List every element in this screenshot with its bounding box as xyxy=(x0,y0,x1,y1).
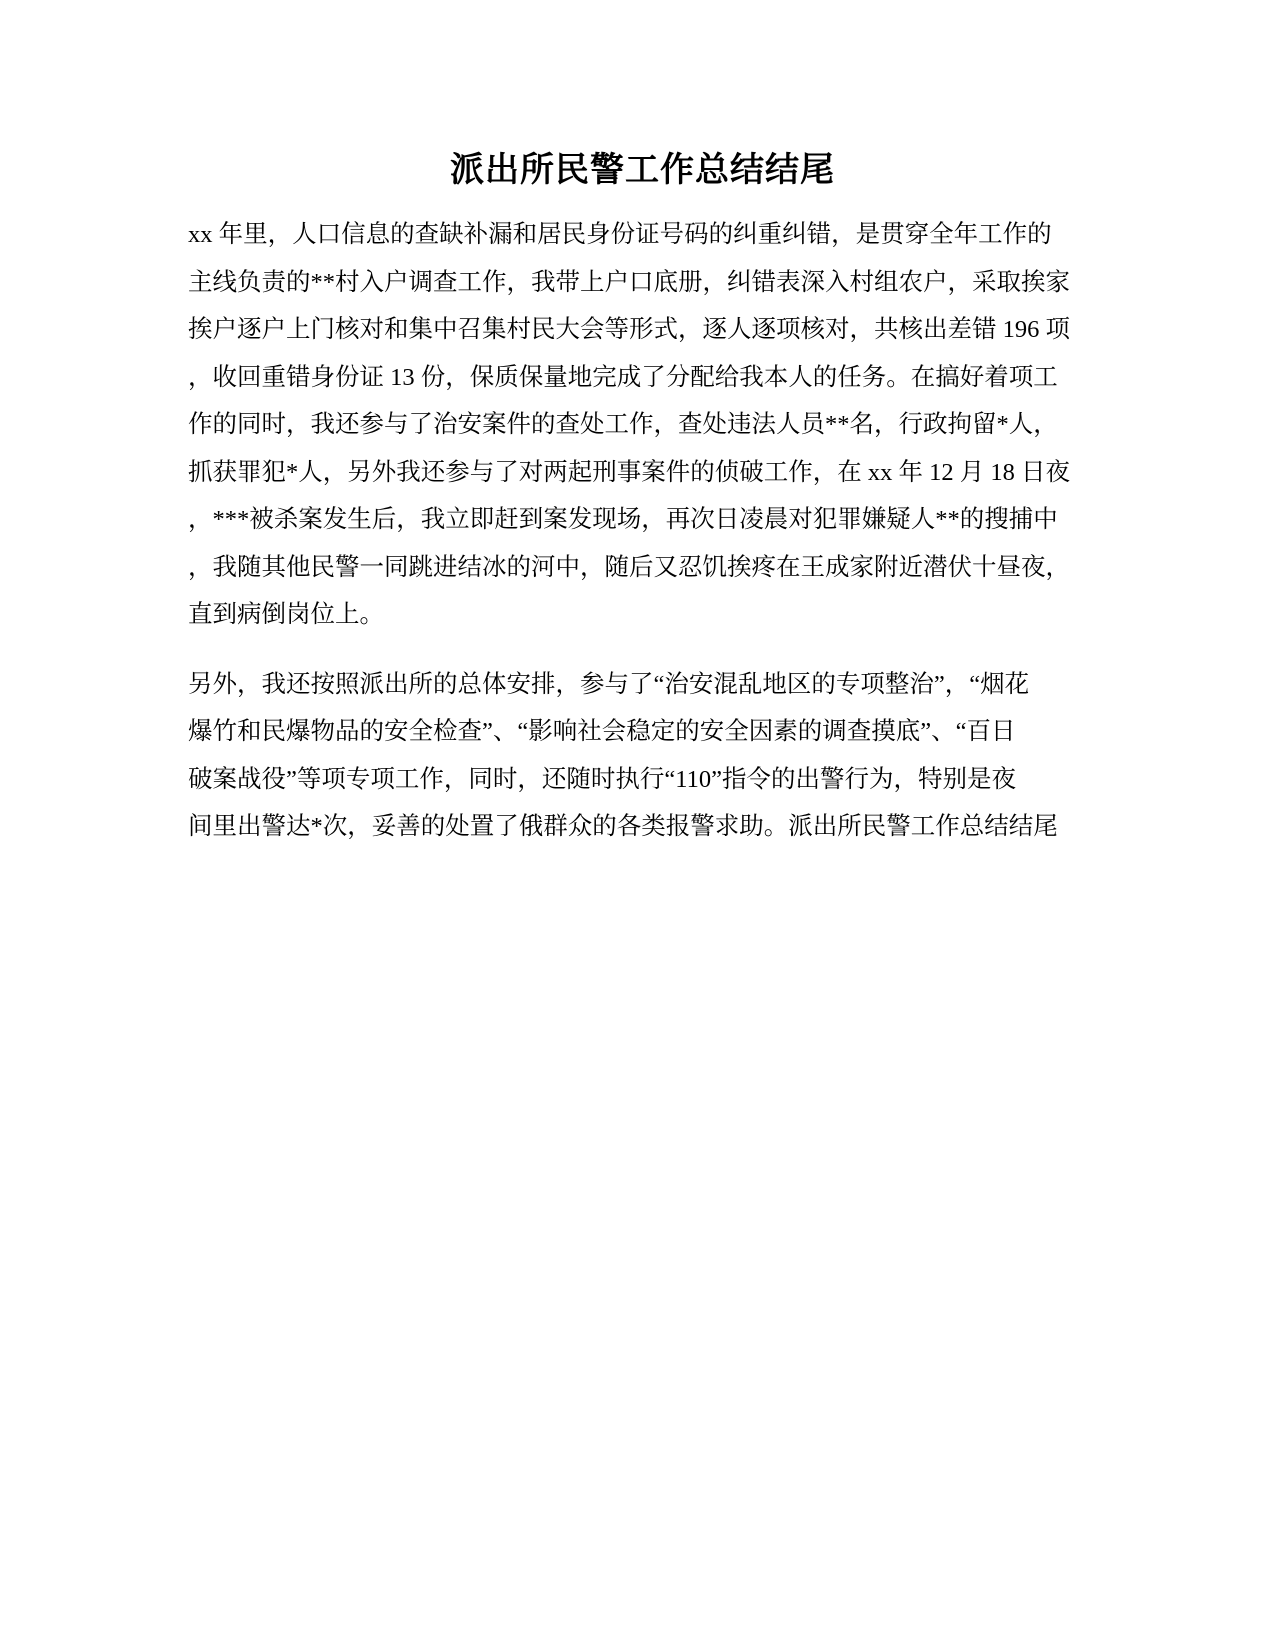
paragraph-1: xx 年里，人口信息的查缺补漏和居民身份证号码的纠重纠错，是贯穿全年工作的 主线… xyxy=(188,211,1115,639)
paragraph-2: 另外，我还按照派出所的总体安排，参与了“治安混乱地区的专项整治”，“烟花 爆竹和… xyxy=(188,661,1115,851)
text-line: 破案战役”等项专项工作，同时，还随时执行“110”指令的出警行为，特别是夜 xyxy=(188,756,1115,804)
text-line: 挨户逐户上门核对和集中召集村民大会等形式，逐人逐项核对，共核出差错 196 项 xyxy=(188,306,1115,354)
text-line: 主线负责的**村入户调查工作，我带上户口底册，纠错表深入村组农户，采取挨家 xyxy=(188,259,1115,307)
text-line: 作的同时，我还参与了治安案件的查处工作，查处违法人员**名，行政拘留*人， xyxy=(188,401,1115,449)
text-line: ，收回重错身份证 13 份，保质保量地完成了分配给我本人的任务。在搞好着项工 xyxy=(188,354,1115,402)
text-line: ，我随其他民警一同跳进结冰的河中，随后又忍饥挨疼在王成家附近潜伏十昼夜， xyxy=(188,544,1115,592)
text-line: 直到病倒岗位上。 xyxy=(188,591,1115,639)
document-title: 派出所民警工作总结结尾 xyxy=(188,148,1097,194)
document-page: 派出所民警工作总结结尾 xx 年里，人口信息的查缺补漏和居民身份证号码的纠重纠错… xyxy=(0,0,1275,1650)
text-line: ，***被杀案发生后，我立即赶到案发现场，再次日凌晨对犯罪嫌疑人**的搜捕中 xyxy=(188,496,1115,544)
text-line: 另外，我还按照派出所的总体安排，参与了“治安混乱地区的专项整治”，“烟花 xyxy=(188,661,1115,709)
text-line: 爆竹和民爆物品的安全检查”、“影响社会稳定的安全因素的调查摸底”、“百日 xyxy=(188,708,1115,756)
text-line: 抓获罪犯*人，另外我还参与了对两起刑事案件的侦破工作，在 xx 年 12 月 1… xyxy=(188,449,1115,497)
text-line: xx 年里，人口信息的查缺补漏和居民身份证号码的纠重纠错，是贯穿全年工作的 xyxy=(188,211,1115,259)
text-line: 间里出警达*次，妥善的处置了俄群众的各类报警求助。派出所民警工作总结结尾 xyxy=(188,803,1115,851)
